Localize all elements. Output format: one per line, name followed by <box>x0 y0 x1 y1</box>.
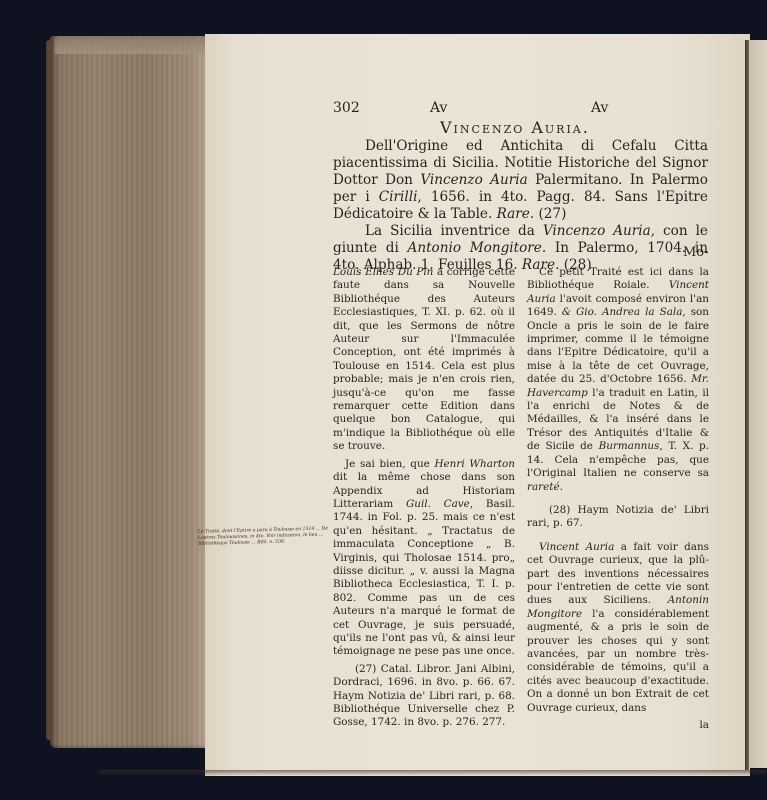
page-number: 302 <box>333 100 360 116</box>
entry-title: Vincenzo Auria. <box>440 118 590 137</box>
catchword: Mo- <box>683 245 709 260</box>
running-head-left: Av <box>430 100 447 116</box>
footnote-28: (28) Haym Notizia de' Libri rari, p. 67. <box>527 504 709 531</box>
book-top-edge <box>55 36 205 54</box>
column-catchword: la <box>527 719 709 732</box>
facing-page-edge <box>749 40 767 768</box>
notes-column-right: Ce petit Traité est ici dans la Biblioth… <box>527 266 709 732</box>
book-fore-edge <box>50 36 205 748</box>
running-head-right: Av <box>591 100 608 116</box>
note-paragraph: Je sai bien, que Henri Wharton dit la mê… <box>333 458 515 659</box>
footnote-27: (27) Catal. Libror. Jani Albini, Dordrac… <box>333 663 515 730</box>
note-paragraph: Ce petit Traité est ici dans la Biblioth… <box>527 266 709 494</box>
running-header: 302 Av Av <box>333 100 713 118</box>
note-paragraph: Vincent Auria a fait voir dans cet Ouvra… <box>527 541 709 715</box>
book-photo-scene: 302 Av Av Vincenzo Auria. Dell'Origine e… <box>0 0 767 800</box>
note-paragraph: Louis Ellies Du Pin a corrigé cette faut… <box>333 266 515 454</box>
page-shadow <box>100 770 767 776</box>
bibliographic-entries: Dell'Origine ed Antichita di Cefalu Citt… <box>333 138 708 274</box>
entry-27: Dell'Origine ed Antichita di Cefalu Citt… <box>333 138 708 223</box>
handwritten-margin-note: Le Traité, dont l'Epitre a paru à Toulou… <box>198 526 338 548</box>
notes-column-left: Louis Ellies Du Pin a corrigé cette faut… <box>333 266 515 730</box>
